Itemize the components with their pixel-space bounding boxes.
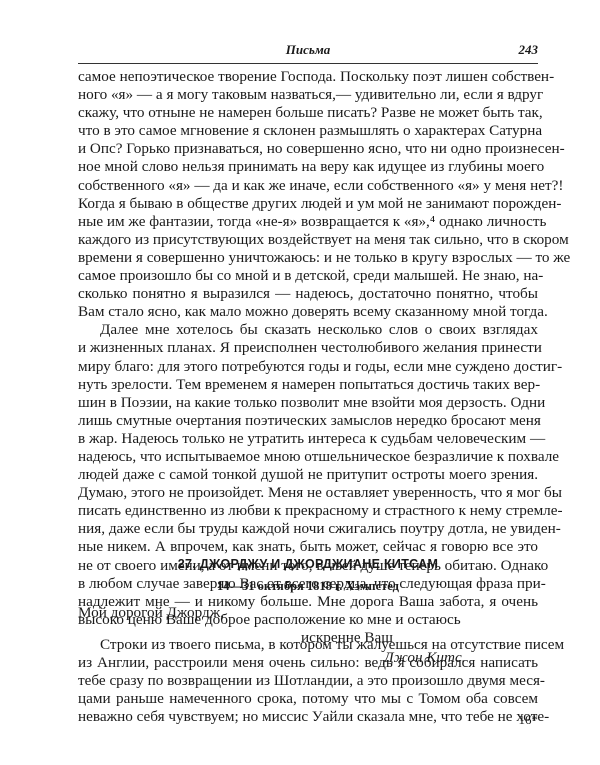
text-line: нуть зрелости. Тем временем я намерен по… [78, 376, 538, 394]
paragraph-1: самое непоэтическое творение Господа. По… [78, 68, 538, 321]
text-line: и жизненных планах. Я преисполнен честол… [78, 339, 538, 357]
text-line: лишь смутные очертания поэтических замыс… [78, 412, 538, 430]
text-line: писать единственно из любви к прекрасном… [78, 502, 538, 520]
text-line: ного «я» — а я могу таковым назваться,— … [78, 86, 538, 104]
text-line: ное мной слово нельзя принимать на веру … [78, 158, 538, 176]
text-line: Думаю, этого не произойдет. Меня не оста… [78, 484, 538, 502]
header-rule [78, 63, 538, 64]
text-line: надеюсь, что испытываемое мною отшельнич… [78, 448, 538, 466]
printer-signature-mark: 16* [519, 712, 539, 728]
text-line: Строки из твоего письма, в котором ты жа… [78, 636, 538, 654]
text-line: из Англии, расстроили меня очень сильно:… [78, 654, 538, 672]
text-line: ния, даже если бы труды каждой ночи сжиг… [78, 520, 538, 538]
text-line: Когда я бываю в обществе других людей и … [78, 195, 538, 213]
text-line: ные им же фантазии, тогда «не-я» возвращ… [78, 213, 538, 231]
text-line: цами раньше намеченного срока, потому чт… [78, 690, 538, 708]
letter-27-body: Строки из твоего письма, в котором ты жа… [78, 636, 538, 726]
letter-26-continued: самое непоэтическое творение Господа. По… [78, 68, 538, 667]
text-line: сколько понятно я выразился — надеюсь, д… [78, 285, 538, 303]
text-line: людей даже с самой тонкой душой не приту… [78, 466, 538, 484]
letter-title: 27. ДЖОРДЖУ И ДЖОРДЖИАНЕ КИТСАМ [78, 557, 538, 571]
text-line: самое непоэтическое творение Господа. По… [78, 68, 538, 86]
text-line: что в это самое мгновение я склонен разм… [78, 122, 538, 140]
text-line: самое произошло бы со мной и в детской, … [78, 267, 538, 285]
text-line: Вам стало ясно, как мало можно доверять … [78, 303, 538, 321]
text-line: собственного «я» — да и как же иначе, ес… [78, 177, 538, 195]
letter-dateline: 14—31 октября 1818 г. Хэмпстед [78, 579, 538, 594]
text-line: каждого из присутствующих воздействует н… [78, 231, 538, 249]
text-line: неважно себя чувствуем; но миссис Уайли … [78, 708, 538, 726]
text-line: и Опс? Горько признаваться, но совершенн… [78, 140, 538, 158]
text-line: в жар. Надеюсь только не утратить интере… [78, 430, 538, 448]
page-number: 243 [519, 42, 539, 58]
text-line: скажу, что отныне не намерен больше писа… [78, 104, 538, 122]
text-line: миру благо: для этого потребуются годы и… [78, 358, 538, 376]
salutation: Мой дорогой Джордж, [78, 604, 224, 622]
text-line: времени я совершенно уничтожаюсь: и не т… [78, 249, 538, 267]
text-line: тебе сразу по возвращении из Шотландии, … [78, 672, 538, 690]
text-line: Далее мне хотелось бы сказать несколько … [78, 321, 538, 339]
text-line: шин в Поэзии, на какие только позволит м… [78, 394, 538, 412]
running-title: Письма [78, 42, 538, 58]
running-header: Письма 243 [78, 38, 538, 60]
text-line: ные никем. А впрочем, как знать, быть мо… [78, 538, 538, 556]
